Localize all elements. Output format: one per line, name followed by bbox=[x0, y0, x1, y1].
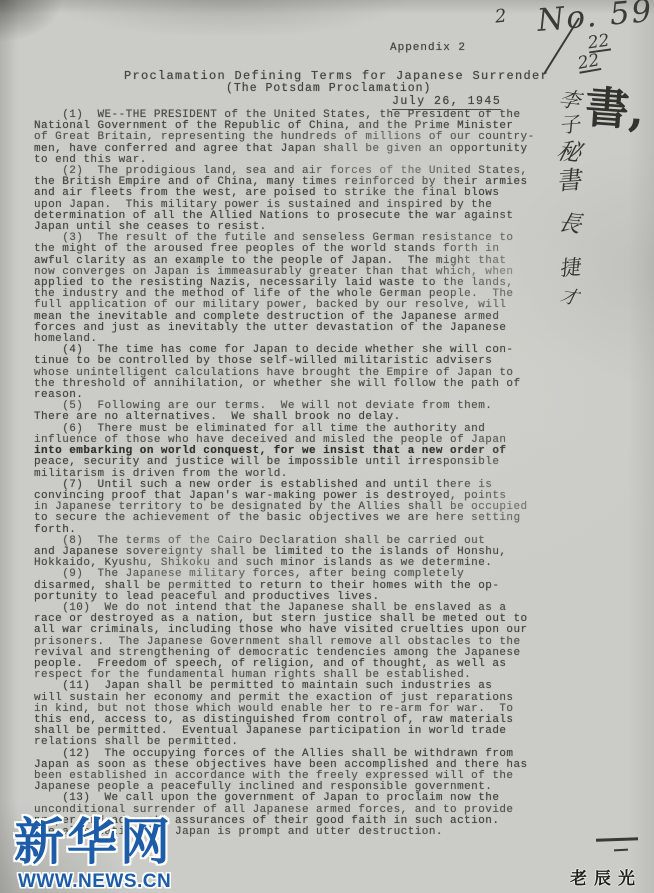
typed-line: full application of our military power, … bbox=[34, 300, 594, 311]
typed-line: (1) WE--THE PRESIDENT of the United Stat… bbox=[34, 110, 594, 121]
handwritten-char: 才 bbox=[558, 288, 580, 308]
typed-line: (13) We call upon the government of Japa… bbox=[34, 793, 594, 804]
dash-stroke bbox=[596, 837, 638, 841]
sheet-fraction-denominator: 22 bbox=[577, 52, 601, 73]
typed-line: respect for the fundamental human rights… bbox=[34, 670, 594, 681]
handwritten-dash-marks bbox=[596, 838, 638, 851]
handwritten-margin-large-char: 書, bbox=[584, 86, 646, 134]
appendix-label: Appendix 2 bbox=[390, 42, 466, 54]
typed-line: to secure the achievement of the basic o… bbox=[34, 513, 594, 524]
typed-line: There are no alternatives. We shall broo… bbox=[34, 412, 594, 423]
xinhuanet-logo-text: 新华网 bbox=[14, 816, 173, 869]
document-date: July 26, 1945 bbox=[392, 95, 501, 110]
typed-line: the threshold of annihilation, or whethe… bbox=[34, 379, 594, 390]
sheet-fraction-numerator: 22 bbox=[587, 33, 611, 54]
typed-line: now converges on Japan is immeasurably g… bbox=[34, 267, 594, 278]
xinhuanet-logo: 新华网 WWW.NEWS.CN bbox=[14, 816, 173, 893]
typed-line: (11) Japan shall be permitted to maintai… bbox=[34, 681, 594, 692]
typed-line: (5) Following are our terms. We will not… bbox=[34, 401, 594, 412]
typed-line: peace, security and justice will be impo… bbox=[34, 457, 594, 468]
document-subtitle: (The Potsdam Proclamation) bbox=[226, 82, 431, 95]
typed-line: (2) The prodigious land, sea and air for… bbox=[34, 166, 594, 177]
typed-line: all war criminals, including those who h… bbox=[34, 625, 594, 636]
typed-line: forces and just as inevitably the utter … bbox=[34, 323, 594, 334]
handwritten-margin-annotation: 李子秘書長捷才 bbox=[552, 90, 586, 311]
credit-watermark: 老辰光 bbox=[570, 864, 642, 889]
typed-line: upon Japan. This military power is susta… bbox=[34, 200, 594, 211]
typed-line: (8) The terms of the Cairo Declaration s… bbox=[34, 536, 594, 547]
handwritten-char: 長 bbox=[555, 212, 583, 237]
typed-line: in kind, but not those which would enabl… bbox=[34, 704, 594, 715]
handwritten-char: 子 bbox=[557, 114, 581, 136]
handwritten-char: 李 bbox=[556, 89, 582, 112]
document-photo: 2 No. 59 22 22 Appendix 2 Proclamation D… bbox=[0, 0, 654, 893]
typed-line: tinue to be controlled by those self-wil… bbox=[34, 356, 594, 367]
typed-line: Japanese people a peacefully inclined an… bbox=[34, 782, 594, 793]
document-body: (1) WE--THE PRESIDENT of the United Stat… bbox=[34, 110, 594, 838]
typed-line: revival and strengthening of democratic … bbox=[34, 648, 594, 659]
handwritten-char: 捷 bbox=[557, 257, 581, 279]
dash-stroke bbox=[614, 848, 628, 851]
typed-line: of Great Britain, representing the hundr… bbox=[34, 132, 594, 143]
handwritten-sheet-fraction: 22 22 bbox=[576, 34, 622, 72]
document-title: Proclamation Defining Terms for Japanese… bbox=[124, 69, 549, 83]
typed-line: relations shall be permitted. bbox=[34, 737, 594, 748]
typed-line: militarism is driven from the world. bbox=[34, 469, 594, 480]
handwritten-char: 書 bbox=[555, 167, 584, 194]
handwritten-corner-number: 2 bbox=[494, 5, 508, 27]
typed-line: (10) We do not intend that the Japanese … bbox=[34, 603, 594, 614]
typed-line: the might of the aroused free peoples of… bbox=[34, 244, 594, 255]
typed-line: homeland. bbox=[34, 334, 594, 345]
typed-line: influence of those who have deceived and… bbox=[34, 435, 594, 446]
typed-line: (9) The Japanese military forces, after … bbox=[34, 569, 594, 580]
handwritten-char: 秘 bbox=[554, 139, 583, 165]
xinhuanet-logo-url: WWW.NEWS.CN bbox=[18, 871, 173, 893]
typed-line: and air fleets from the west, are poised… bbox=[34, 188, 594, 199]
